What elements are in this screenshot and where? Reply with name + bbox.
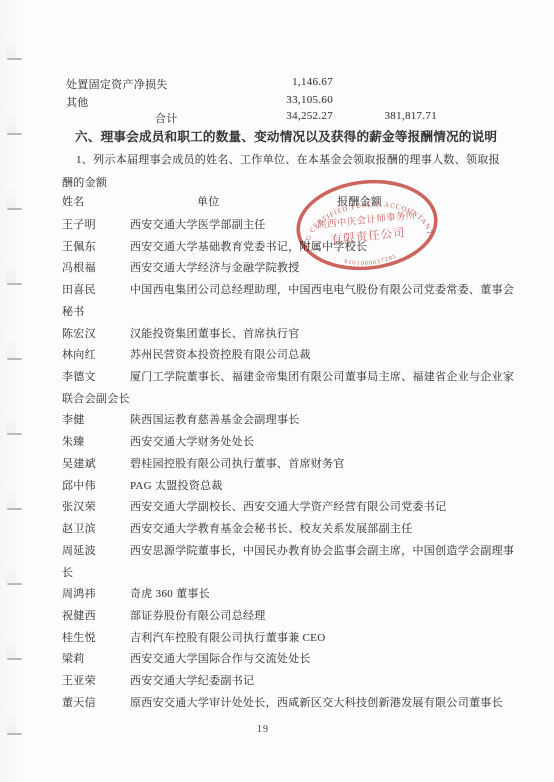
member-unit-continuation: 联合会副会长 [62,390,130,406]
member-name: 邱中伟 [62,477,96,493]
member-unit: 西安交通大学副校长、西安交通大学资产经营有限公司党委书记 [130,498,446,514]
member-unit: 吉利汽车控股有限公司执行董事兼 CEO [130,629,325,645]
member-row: 林向红 苏州民营资本投资控股有限公司总裁 [0,343,554,365]
member-row: 梁莉 西安交通大学国际合作与交流处处长 [0,647,554,669]
member-name: 冯根福 [62,259,96,275]
member-row: 赵卫滨 西安交通大学教育基金会秘书长、校友关系发展部副主任 [0,517,554,539]
member-name: 祝健西 [62,607,96,623]
member-name: 周延波 [62,542,96,558]
member-row: 朱臻 西安交通大学财务处处长 [0,430,554,452]
member-name: 桂生悦 [62,629,96,645]
section-intro-line2: 酬的金额 [62,174,107,190]
financial-row-amount: 1,146.67 [203,76,333,88]
member-name: 林向红 [62,346,96,362]
member-unit: 碧桂园控股有限公司执行董事、首席财务官 [130,455,345,471]
member-name: 王佩东 [62,238,96,254]
scanned-document-page: 处置固定资产净损失 1,146.67 其他 33,105.60 合计 34,25… [0,0,554,782]
member-unit: 西安交通大学纪委副书记 [130,672,254,688]
member-row-continuation: 秘书 [0,300,554,322]
financial-row-amount: 33,105.60 [203,94,333,106]
financial-row-label: 其他 [66,94,89,110]
member-unit: 原西安交通大学审计处处长，西咸新区交大科技创新港发展有限公司董事长 [130,694,503,710]
financial-total-amount-1: 34,252.27 [203,110,333,122]
financial-total-amount-2: 381,817.71 [337,110,437,122]
header-unit: 单位 [197,193,220,209]
member-name: 王子明 [62,216,96,232]
member-unit: PAG 太盟投资总裁 [130,477,223,493]
member-unit-continuation: 秘书 [62,303,85,319]
members-table-header: 姓名 单位 报酬金额 [0,193,554,209]
member-row: 周延波 西安思源学院董事长，中国民办教育协会监事会副主席，中国创造学会副理事 [0,539,554,561]
member-unit: 西安交通大学医学部副主任 [130,216,266,232]
member-row: 王亚荣 西安交通大学纪委副书记 [0,669,554,691]
member-unit: 西安交通大学教育基金会秘书长、校友关系发展部副主任 [130,520,413,536]
members-list: 王子明 西安交通大学医学部副主任 王佩东 西安交通大学基础教育党委书记，附属中学… [0,213,554,713]
member-row-continuation: 长 [0,561,554,583]
member-name: 田喜民 [62,281,96,297]
member-unit: 西安思源学院董事长，中国民办教育协会监事会副主席，中国创造学会副理事 [130,542,514,558]
member-name: 李德文 [62,368,96,384]
member-name: 周鸿祎 [62,585,96,601]
member-row: 陈宏汉 汉能投资集团董事长、首席执行官 [0,322,554,344]
member-name: 董天信 [62,694,96,710]
member-name: 梁莉 [62,650,85,666]
member-row: 祝健西 部证券股份有限公司总经理 [0,604,554,626]
member-row: 周鸿祎 奇虎 360 董事长 [0,582,554,604]
section-intro-line1: 1、列示本届理事会成员的姓名、工作单位、在本基金会领取报酬的理事人数、领取报 [76,151,500,167]
member-unit-continuation: 长 [62,564,73,580]
member-unit: 苏州民营资本投资控股有限公司总裁 [130,346,311,362]
member-unit: 西安交通大学财务处处长 [130,433,254,449]
binding-mark [5,34,16,58]
member-unit: 陕西国运教育慈善基金会副理事长 [130,411,300,427]
member-unit: 奇虎 360 董事长 [130,585,210,601]
financial-row-label: 处置固定资产净损失 [66,76,168,92]
member-name: 王亚荣 [62,672,96,688]
member-unit: 汉能投资集团董事长、首席执行官 [130,325,300,341]
member-row: 冯根福 西安交通大学经济与金融学院教授 [0,256,554,278]
header-name: 姓名 [62,193,85,209]
member-name: 陈宏汉 [62,325,96,341]
section-heading: 六、理事会成员和职工的数量、变动情况以及获得的薪金等报酬情况的说明 [75,126,497,145]
member-row: 桂生悦 吉利汽车控股有限公司执行董事兼 CEO [0,626,554,648]
member-unit: 部证券股份有限公司总经理 [130,607,266,623]
member-name: 吴建斌 [62,455,96,471]
member-name: 张汉荣 [62,498,96,514]
member-unit: 西安交通大学经济与金融学院教授 [130,259,300,275]
member-row: 邱中伟 PAG 太盟投资总裁 [0,474,554,496]
member-row: 李德文 厦门工学院董事长、福建金帝集团有限公司董事局主席、福建省企业与企业家 [0,365,554,387]
member-row-continuation: 联合会副会长 [0,387,554,409]
binding-mark [5,109,16,133]
member-unit: 厦门工学院董事长、福建金帝集团有限公司董事局主席、福建省企业与企业家 [130,368,514,384]
member-row: 王子明 西安交通大学医学部副主任 [0,213,554,235]
member-row: 田喜民 中国西电集团公司总经理助理，中国西电电气股份有限公司党委常委、董事会 [0,278,554,300]
member-row: 吴建斌 碧桂园控股有限公司执行董事、首席财务官 [0,452,554,474]
member-row: 张汉荣 西安交通大学副校长、西安交通大学资产经营有限公司党委书记 [0,495,554,517]
member-row: 董天信 原西安交通大学审计处处长，西咸新区交大科技创新港发展有限公司董事长 [0,691,554,713]
accounting-firm-seal: ZHONG QING CERTIFIED PUBLIC ACCOUNTANTS … [289,171,444,280]
member-name: 朱臻 [62,433,85,449]
member-unit: 中国西电集团公司总经理助理，中国西电电气股份有限公司党委常委、董事会 [130,281,514,297]
member-row: 王佩东 西安交通大学基础教育党委书记，附属中学校长 [0,235,554,257]
member-row: 李健 陕西国运教育慈善基金会副理事长 [0,408,554,430]
member-unit: 西安交通大学国际合作与交流处处长 [130,650,311,666]
page-number: 19 [0,724,526,735]
financial-total-label: 合计 [155,110,178,126]
member-name: 赵卫滨 [62,520,96,536]
member-name: 李健 [62,411,85,427]
